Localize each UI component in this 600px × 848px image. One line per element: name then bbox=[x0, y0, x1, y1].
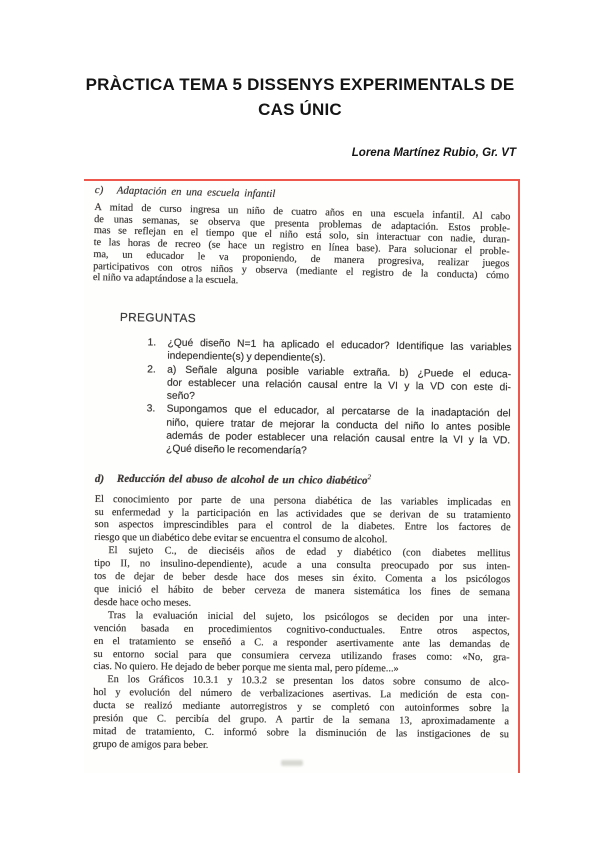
scanned-exercise-figure: c) Adaptación en una escuela infantil A … bbox=[84, 179, 520, 773]
questions-section: PREGUNTAS 1. ¿Qué diseño N=1 ha aplicado… bbox=[118, 310, 514, 461]
section-d-paragraph: En los Gráficos 10.3.1 y 10.3.2 se prese… bbox=[93, 674, 510, 755]
question-text: a) Señale alguna posible variable extrañ… bbox=[167, 363, 512, 408]
section-d-body: El conocimiento por parte de una persona… bbox=[93, 494, 511, 755]
section-c-label: c) bbox=[95, 184, 117, 197]
question-number: 3. bbox=[146, 403, 167, 456]
footnote-superscript: 2 bbox=[368, 473, 372, 481]
section-c: c) Adaptación en una escuela infantil A … bbox=[93, 184, 511, 293]
watermark-smudge bbox=[281, 760, 303, 766]
author-line: Lorena Martínez Rubio, Gr. VT bbox=[0, 147, 516, 159]
section-d-label: d) bbox=[95, 472, 117, 486]
questions-heading: PREGUNTAS bbox=[120, 310, 514, 329]
question-text: Supongamos que el educador, al percatars… bbox=[166, 403, 511, 461]
document-page: PRÀCTICA TEMA 5 DISSENYS EXPERIMENTALS D… bbox=[0, 0, 600, 848]
text-line: CAS ÚNIC bbox=[0, 97, 600, 122]
question-item: 3. Supongamos que el educador, al percat… bbox=[146, 403, 511, 461]
section-d-heading-row: d) Reducción del abuso de alcohol de un … bbox=[95, 468, 511, 489]
section-d-heading: Reducción del abuso de alcohol de un chi… bbox=[117, 468, 371, 488]
section-d-paragraph: El conocimiento por parte de una persona… bbox=[94, 494, 510, 549]
page-title: PRÀCTICA TEMA 5 DISSENYS EXPERIMENTALS D… bbox=[0, 72, 600, 122]
question-item: 2. a) Señale alguna posible variable ext… bbox=[147, 363, 512, 408]
section-c-heading: Adaptación en una escuela infantil bbox=[117, 184, 276, 201]
text-line: PRÀCTICA TEMA 5 DISSENYS EXPERIMENTALS D… bbox=[0, 72, 600, 97]
question-number: 1. bbox=[147, 336, 167, 363]
section-d-paragraph: Tras la evaluación inicial del sujeto, l… bbox=[93, 610, 509, 678]
section-d-paragraph: El sujeto C., de dieciséis años de edad … bbox=[94, 545, 510, 613]
section-c-paragraph: A mitad de curso ingresa un niño de cuat… bbox=[93, 202, 511, 293]
question-number: 2. bbox=[147, 363, 168, 403]
questions-list: 1. ¿Qué diseño N=1 ha aplicado el educad… bbox=[146, 336, 512, 461]
section-d: d) Reducción del abuso de alcohol de un … bbox=[93, 468, 511, 755]
